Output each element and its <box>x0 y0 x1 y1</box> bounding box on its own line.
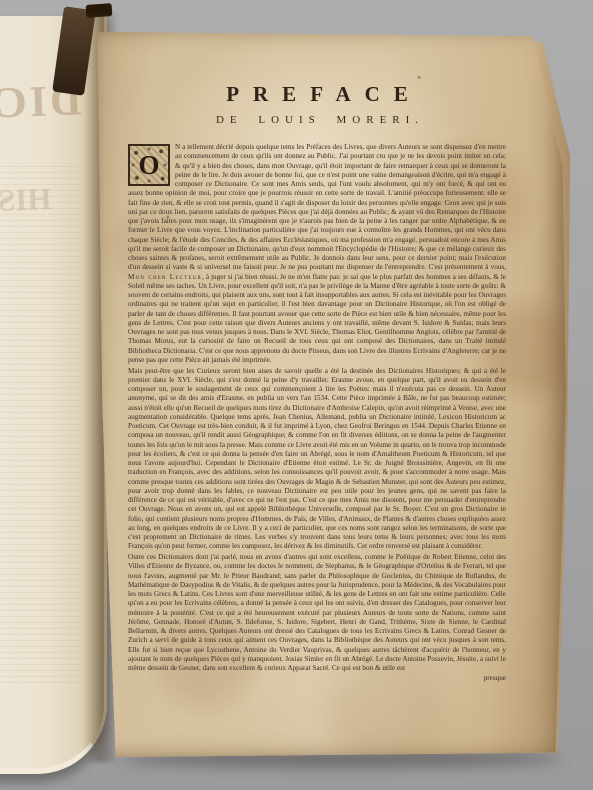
printed-content: PREFACE DE LOUIS MORERI. O N a tellement… <box>128 82 506 683</box>
paragraph-1-text: N a tellement décrié depuis quelque tems… <box>128 143 506 271</box>
preface-page: PREFACE DE LOUIS MORERI. O N a tellement… <box>92 26 566 760</box>
paragraph-1: O N a tellement décrié depuis quelque te… <box>128 143 506 365</box>
preface-body: O N a tellement décrié depuis quelque te… <box>128 143 506 683</box>
book-photograph: DIC HIS PREFACE DE LOUIS MORERI. O N a t… <box>0 0 593 790</box>
catchword: presque <box>128 674 506 683</box>
reader-address: Mon cher Lecteur <box>128 273 202 281</box>
paragraph-3: Outre ces Dictionaires dont j'ai parlé, … <box>128 553 506 673</box>
paragraph-2: Mais peut-être que les Curieux seront bi… <box>128 367 506 552</box>
page-subtitle: DE LOUIS MORERI. <box>128 114 506 126</box>
ornamental-initial: O <box>128 144 170 186</box>
page-title: PREFACE <box>128 82 506 107</box>
showthrough-text-small: HIS <box>0 183 52 216</box>
paragraph-1-text-cont: , à juger si j'ai bien réussi. Je ne m'e… <box>128 273 506 364</box>
